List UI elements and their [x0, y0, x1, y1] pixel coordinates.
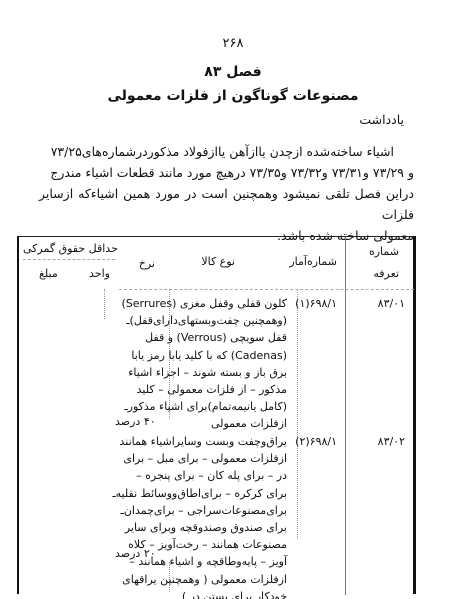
description-line: برای صندوق وصندوقچه وبرای سایر: [112, 519, 287, 536]
tariff-table: شماره تعرفه شماره‌آمار نوع کالا نرخ حداق…: [17, 236, 416, 594]
row-stat-no: ۶۹۸/۱(۱): [295, 295, 337, 312]
chapter-title: فصل ۸۳: [0, 64, 466, 80]
note-line: دراین فصل تلقی نمیشود وهمچنین است در مور…: [39, 183, 414, 225]
description-line: ازفلزات معمولی ( وهمچنین یراقهای: [112, 571, 287, 588]
header-unit: واحد: [89, 267, 110, 280]
header-goods-type: نوع کالا: [201, 255, 235, 268]
chapter-subtitle: مصنوعات گوناگون از فلزات معمولی: [0, 88, 466, 104]
description-line: کلون قفلی وقفل مغزی (Serrures): [121, 295, 287, 312]
description-line: قفل سویچی (Verrous) و قفل: [121, 329, 287, 346]
description-line: مذکور – از فلزات معمولی – کلید: [121, 381, 287, 398]
header-min-duty: حداقل حقوق گمرکی: [23, 242, 118, 255]
description-line: یراق‌وچفت وبست وسایراشیاء همانند: [112, 433, 287, 450]
description-line: ازفلزات معمولی – برای مبل – برای: [112, 450, 287, 467]
header-subdivider: [23, 259, 115, 260]
row-description: کلون قفلی وقفل مغزی (Serrures) (وهمچنین …: [121, 295, 287, 433]
description-line: (Cadenas) که با کلید یابا رمز یابا: [121, 347, 287, 364]
note-label: یادداشت: [359, 112, 404, 127]
note-paragraph: اشیاء ساخته‌شده ازچدن یاازآهن یاازفولاد …: [39, 141, 414, 246]
row-tariff-no: ۸۳/۰۲: [378, 433, 405, 450]
description-line: برای‌مصنوعات‌سراجی – برای‌چمدان‌ـ: [112, 502, 287, 519]
description-line: برق باز و بسته شوند – اجزاء اشیاء: [121, 364, 287, 381]
row-description: یراق‌وچفت وبست وسایراشیاء همانند ازفلزات…: [112, 433, 287, 599]
page-number: ۲۶۸: [0, 36, 466, 51]
column-divider: [104, 289, 105, 319]
row-rate: ۴۰ درصد: [115, 413, 156, 430]
row-stat-no: ۶۹۸/۱(۲): [295, 433, 337, 450]
row-rate: ۲۰ درصد: [115, 545, 156, 562]
description-line: برای کرکره – برای‌اطاق‌ووسائط نقلیه‌ـ: [112, 485, 287, 502]
description-line: در – برای پله کان – برای پنجره –: [112, 467, 287, 484]
header-tariff-line1: شماره: [369, 245, 399, 258]
header-rate: نرخ: [139, 257, 155, 270]
column-divider: [297, 289, 298, 539]
header-amount: مبلغ: [39, 267, 58, 280]
header-divider: [119, 289, 414, 290]
note-line: اشیاء ساخته‌شده ازچدن یاازآهن یاازفولاد …: [39, 141, 414, 162]
description-line: خودکار برای بستن در ): [112, 588, 287, 599]
header-tariff-line2: تعرفه: [373, 267, 399, 280]
column-divider: [345, 237, 346, 595]
note-line: و ۷۳/۲۹ و۷۳/۳۱ و۷۳/۳۲ و۷۳/۳۵ درهیچ مورد …: [39, 162, 414, 183]
description-line: (وهمچنین چفت‌وبستهای‌دارای‌قفل)ـ: [121, 312, 287, 329]
header-stat-no: شماره‌آمار: [289, 255, 337, 268]
row-tariff-no: ۸۳/۰۱: [378, 295, 405, 312]
